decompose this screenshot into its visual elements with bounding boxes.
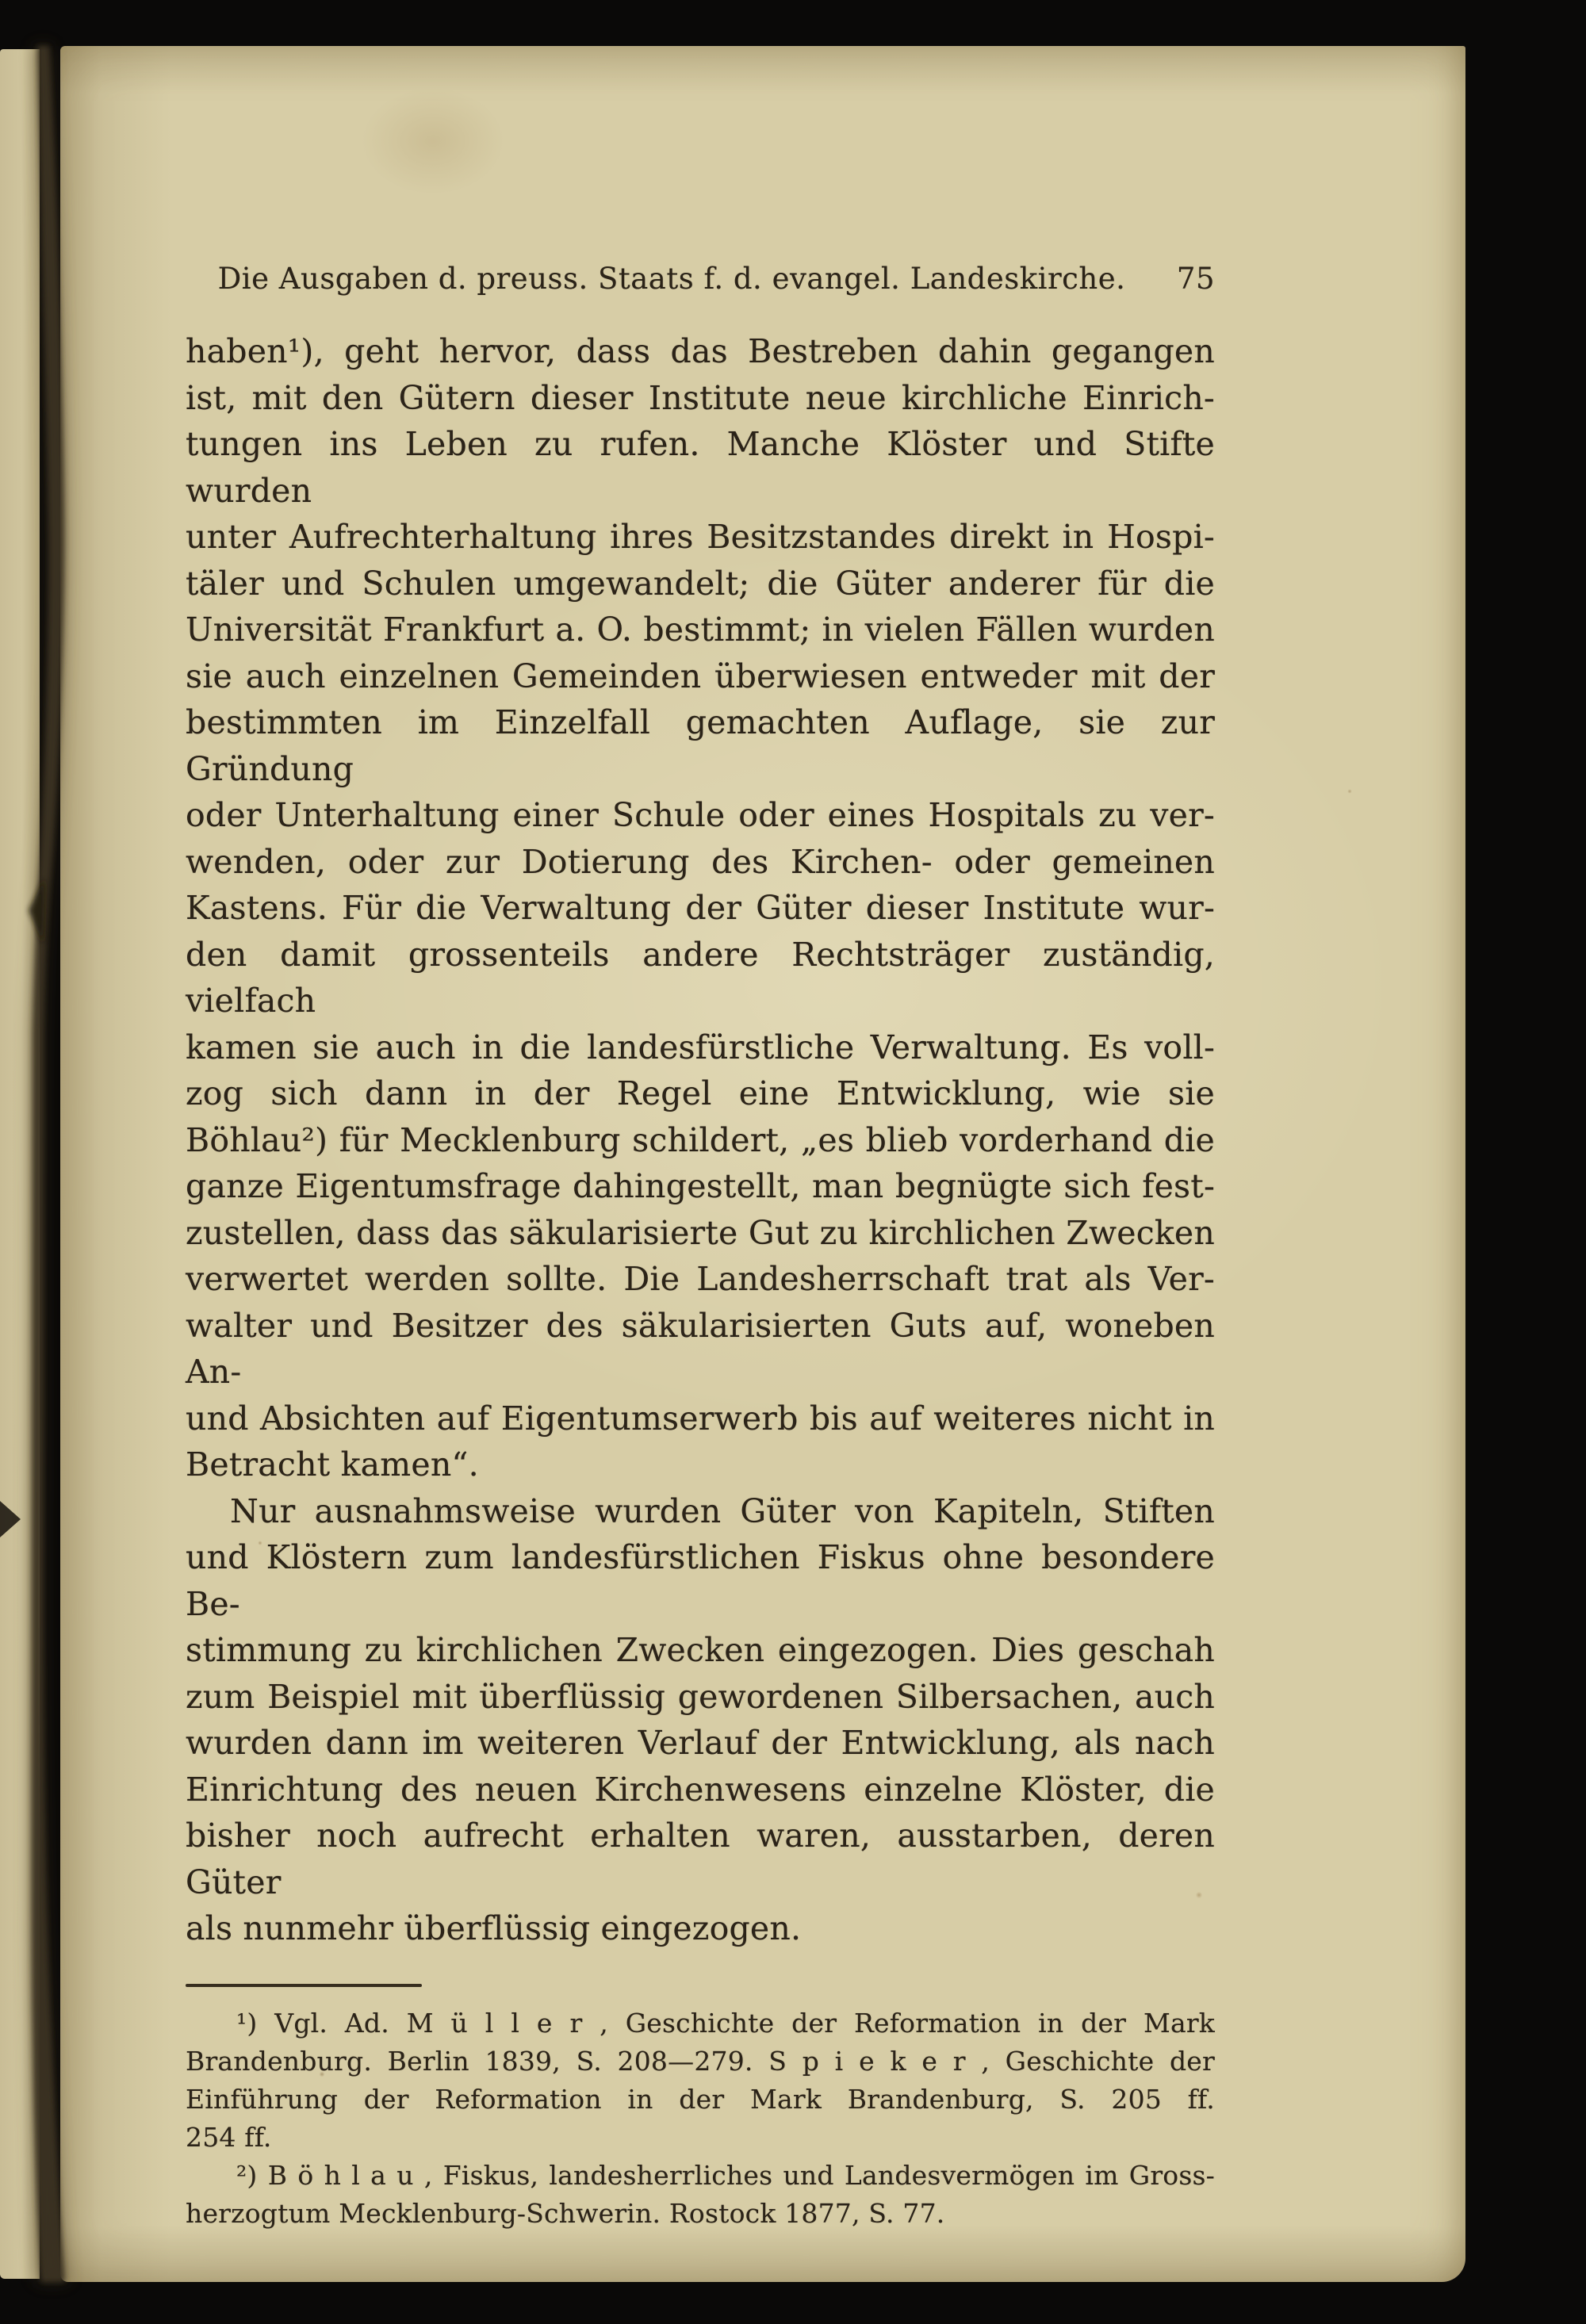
text-line: herzogtum Mecklenburg-Schwerin. Rostock … [186, 2195, 1215, 2233]
text-line: ist, mit den Gütern dieser Institute neu… [186, 375, 1215, 422]
text-line: verwertet werden sollte. Die Landesherrs… [186, 1256, 1215, 1303]
text-line: 254 ff. [186, 2119, 1215, 2157]
text-line: zum Beispiel mit überflüssig gewordenen … [186, 1674, 1215, 1721]
page-number: 75 [1158, 262, 1215, 297]
text-line: ²) B ö h l a u , Fiskus, landesherrliche… [186, 2157, 1215, 2195]
text-line: Kastens. Für die Verwaltung der Güter di… [186, 885, 1215, 932]
text-line: wurden dann im weiteren Verlauf der Entw… [186, 1720, 1215, 1767]
text-line: wenden, oder zur Dotierung des Kirchen- … [186, 839, 1215, 886]
text-line: Einführung der Reformation in der Mark B… [186, 2081, 1215, 2119]
running-header: Die Ausgaben d. preuss. Staats f. d. eva… [186, 262, 1215, 297]
text-line: zog sich dann in der Regel eine Entwickl… [186, 1070, 1215, 1117]
text-line: Böhlau²) für Mecklenburg schildert, „es … [186, 1117, 1215, 1164]
text-line: haben¹), geht hervor, dass das Bestreben… [186, 328, 1215, 375]
text-line: walter und Besitzer des säkularisierten … [186, 1303, 1215, 1396]
text-line: ganze Eigentumsfrage dahingestellt, man … [186, 1163, 1215, 1210]
running-header-title: Die Ausgaben d. preuss. Staats f. d. eva… [186, 262, 1158, 297]
text-line: Universität Frankfurt a. O. bestimmt; in… [186, 607, 1215, 653]
footnote-separator-rule [186, 1984, 422, 1987]
paragraph: haben¹), geht hervor, dass das Bestreben… [186, 328, 1215, 1488]
text-line: tungen ins Leben zu rufen. Manche Klöste… [186, 421, 1215, 514]
body-text: haben¹), geht hervor, dass das Bestreben… [186, 328, 1215, 1952]
text-line: Brandenburg. Berlin 1839, S. 208—279. S … [186, 2043, 1215, 2081]
text-line: Betracht kamen“. [186, 1441, 1215, 1488]
text-line: bisher noch aufrecht erhalten waren, aus… [186, 1813, 1215, 1905]
facing-page-edge [0, 49, 40, 2279]
text-line: kamen sie auch in die landesfürstliche V… [186, 1024, 1215, 1071]
book-page: Die Ausgaben d. preuss. Staats f. d. eva… [60, 46, 1465, 2282]
footnotes: ¹) Vgl. Ad. M ü l l e r , Geschichte der… [186, 2004, 1215, 2233]
text-line: stimmung zu kirchlichen Zwecken eingezog… [186, 1627, 1215, 1674]
text-line: zustellen, dass das säkularisierte Gut z… [186, 1210, 1215, 1257]
text-line: und Klöstern zum landesfürstlichen Fisku… [186, 1534, 1215, 1627]
text-line: sie auch einzelnen Gemeinden überwiesen … [186, 653, 1215, 700]
book-photo: Die Ausgaben d. preuss. Staats f. d. eva… [0, 0, 1586, 2324]
page-content: Die Ausgaben d. preuss. Staats f. d. eva… [60, 46, 1465, 2282]
text-line: Nur ausnahmsweise wurden Güter von Kapit… [186, 1488, 1215, 1535]
text-line: und Absichten auf Eigentumserwerb bis au… [186, 1396, 1215, 1442]
text-line: bestimmten im Einzelfall gemachten Aufla… [186, 699, 1215, 792]
text-line: oder Unterhaltung einer Schule oder eine… [186, 792, 1215, 839]
text-line: als nunmehr überflüssig eingezogen. [186, 1905, 1215, 1952]
text-line: ¹) Vgl. Ad. M ü l l e r , Geschichte der… [186, 2004, 1215, 2043]
text-line: unter Aufrechterhaltung ihres Besitzstan… [186, 514, 1215, 561]
text-line: den damit grossenteils andere Rechtsträg… [186, 932, 1215, 1024]
paragraph: Nur ausnahmsweise wurden Güter von Kapit… [186, 1488, 1215, 1952]
text-line: Einrichtung des neuen Kirchenwesens einz… [186, 1767, 1215, 1813]
text-line: täler und Schulen umgewandelt; die Güter… [186, 561, 1215, 607]
